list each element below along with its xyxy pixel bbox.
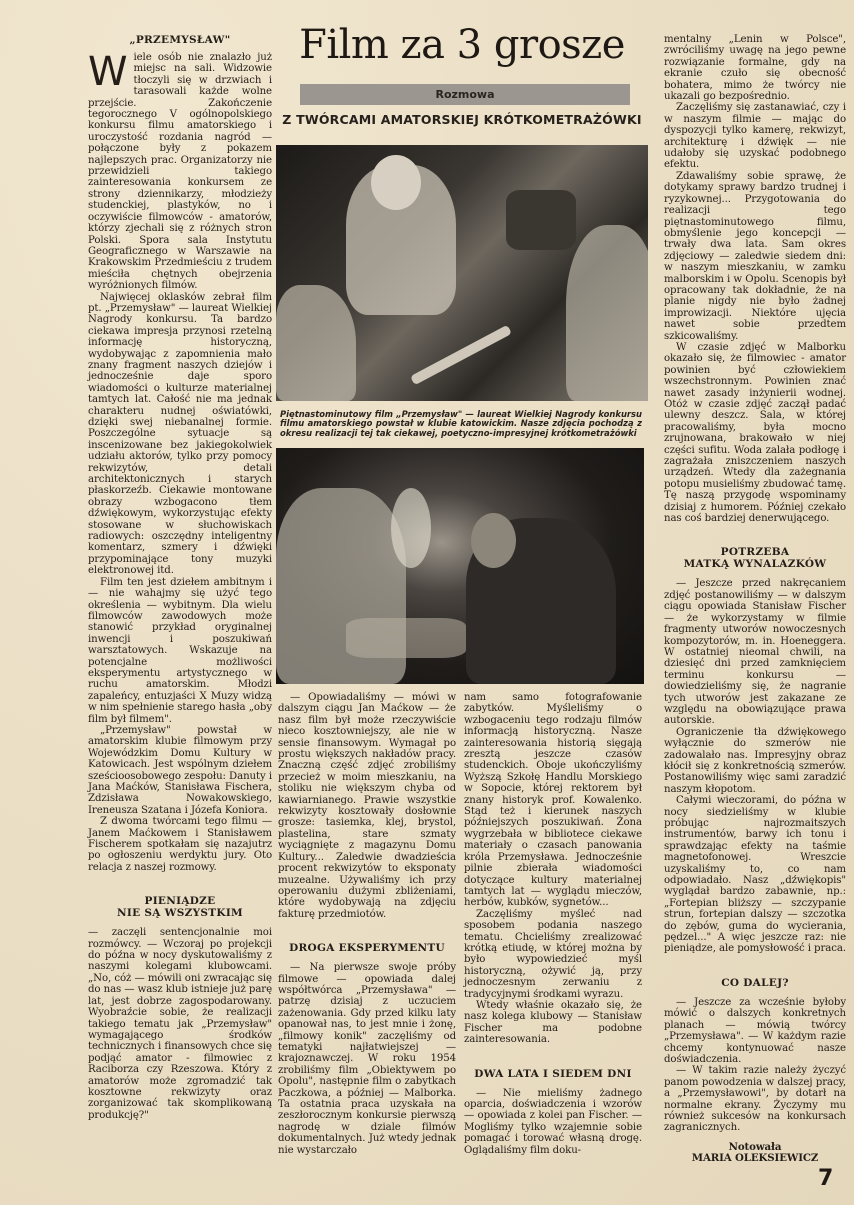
paragraph: Film ten jest dziełem ambitnym i — nie w… xyxy=(88,577,272,725)
tripod-leg-shape xyxy=(410,325,512,385)
photo-figure-shape xyxy=(566,225,648,401)
paragraph: — Jeszcze za wcześnie byłoby mówić o dal… xyxy=(664,997,846,1065)
section-heading-droga-eksperymentu: DROGA EKSPERYMENTU xyxy=(278,942,456,954)
paragraph: — Nie mieliśmy żadnego oparcia, doświadc… xyxy=(464,1088,642,1156)
section-heading-dwa-lata: DWA LATA I SIEDEM DNI xyxy=(464,1068,642,1080)
paragraph: Wiele osób nie znalazło już miejsc na sa… xyxy=(88,52,272,292)
camera-body-shape xyxy=(506,190,576,250)
paragraph: — Jeszcze przed nakręcaniem zdjęć postan… xyxy=(664,578,846,726)
paragraph: — W takim razie należy życzyć panom powo… xyxy=(664,1065,846,1133)
paragraph: W czasie zdjęć w Malborku okazało się, ż… xyxy=(664,342,846,525)
paragraph: — Na pierwsze swoje próby filmowe — opow… xyxy=(278,962,456,1156)
miniature-set-shape xyxy=(346,618,466,658)
section-band: Rozmowa xyxy=(300,84,630,105)
photo-figure-shape xyxy=(276,285,356,401)
section-heading-potrzeba: POTRZEBA MATKĄ WYNALAZKÓW xyxy=(664,546,846,570)
light-glow-shape xyxy=(391,488,431,568)
paragraph: — zaczęli sentencjonalnie moi rozmówcy. … xyxy=(88,927,272,1121)
paragraph: nam samo fotografowanie zabytków. Myślel… xyxy=(464,692,642,909)
middle-column-2: nam samo fotografowanie zabytków. Myślel… xyxy=(464,692,642,1156)
paragraph: — Opowiadaliśmy — mówi w dalszym ciągu J… xyxy=(278,692,456,920)
paragraph: mentalny „Lenin w Polsce", zwróciliśmy u… xyxy=(664,34,846,102)
section-heading-przemyslaw: „PRZEMYSŁAW" xyxy=(88,34,272,46)
photo-head-shape xyxy=(371,155,421,210)
drop-cap: W xyxy=(88,55,127,89)
page-number: 7 xyxy=(818,1166,833,1191)
left-column: „PRZEMYSŁAW" Wiele osób nie znalazło już… xyxy=(88,34,272,1121)
paragraph: Ograniczenie tła dźwiękowego wyłącznie d… xyxy=(664,727,846,795)
paragraph: Zaczęliśmy się zastanawiać, czy i w nasz… xyxy=(664,102,846,170)
paragraph: Wtedy właśnie okazało się, że nasz koleg… xyxy=(464,1000,642,1046)
paragraph: Najwięcej oklasków zebrał film pt. „Prze… xyxy=(88,292,272,577)
paragraph: „Przemysław" powstał w amatorskim klubie… xyxy=(88,725,272,816)
film-crew-with-camera-photo xyxy=(276,145,648,401)
right-column: mentalny „Lenin w Polsce", zwróciliśmy u… xyxy=(664,34,846,1165)
photo-head-shape xyxy=(471,513,516,568)
film-set-scene-photo xyxy=(276,448,644,684)
middle-column-1: — Opowiadaliśmy — mówi w dalszym ciągu J… xyxy=(278,692,456,1156)
paragraph: Całymi wieczorami, do późna w nocy siedz… xyxy=(664,795,846,955)
section-heading-pieniadze: PIENIĄDZE NIE SĄ WSZYSTKIM xyxy=(88,895,272,919)
article-kicker: Z TWÓRCAMI AMATORSKIEJ KRÓTKOMETRAŻÓWKI xyxy=(278,112,646,127)
paragraph: Z dwoma twórcami tego filmu — Janem Maćk… xyxy=(88,816,272,873)
photo-caption: Piętnastominutowy film „Przemysław" — la… xyxy=(280,410,642,438)
band-label: Rozmowa xyxy=(435,88,494,101)
paragraph: Zdawaliśmy sobie sprawę, że dotykamy spr… xyxy=(664,171,846,342)
article-title: Film za 3 grosze xyxy=(278,22,646,68)
paragraph: Zaczęliśmy myśleć nad sposobem podania n… xyxy=(464,909,642,1000)
section-heading-co-dalej: CO DALEJ? xyxy=(664,977,846,989)
byline-author: MARIA OLEKSIEWICZ xyxy=(664,1153,846,1164)
